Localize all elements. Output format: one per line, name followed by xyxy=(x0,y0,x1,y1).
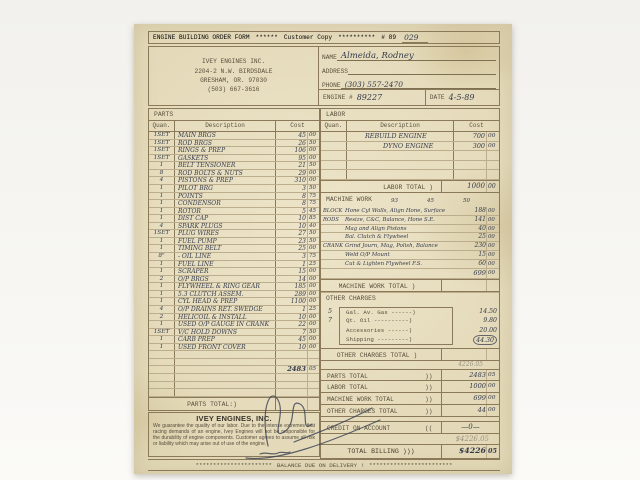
date-handwritten: 4-5-89 xyxy=(449,93,475,102)
parts-row-description xyxy=(175,374,275,381)
credit-value-handwritten: —0— xyxy=(441,422,499,433)
grand-total-label: LABOR TOTAL xyxy=(321,381,425,392)
parts-row-cost: 26 50 xyxy=(275,140,319,147)
grand-total-row: LABOR TOTAL )) 1000 00 xyxy=(321,381,499,393)
labor-row-quan xyxy=(321,132,347,141)
parts-row-quan xyxy=(149,359,175,366)
parts-row xyxy=(149,389,319,397)
parts-row-description xyxy=(175,359,275,366)
charge-row-label: Qt. Oil ----------) xyxy=(339,316,453,326)
parts-row: 1SET V/C HOLD DOWNS 7 50 xyxy=(149,329,319,337)
parts-row-cost: 29 00 xyxy=(275,170,319,177)
machine-row-label xyxy=(321,233,345,241)
grand-total-label: OTHER CHARGES TOTAL xyxy=(321,405,425,416)
parts-row-cost xyxy=(275,389,319,396)
parts-row-cost: 15 00 xyxy=(275,268,319,275)
parts-row: 1 POINTS 8 75 xyxy=(149,193,319,201)
parts-row-quan xyxy=(149,382,175,389)
parts-row-quan: 1 xyxy=(149,162,175,169)
grand-total-value: 1000 00 xyxy=(441,381,499,392)
parts-row: 4 SPARK PLUGS 10 40 xyxy=(149,223,319,231)
parts-row-description: SCRAPER xyxy=(175,268,275,275)
parts-row-description: PLUG WIRES xyxy=(175,230,275,237)
parts-row: 1 SCRAPER 15 00 xyxy=(149,268,319,276)
parts-row: 2 HELICOIL & INSTALL 10 00 xyxy=(149,314,319,322)
grand-total-value: 2483 05 xyxy=(441,370,499,380)
parts-total-label: PARTS TOTAL:) xyxy=(149,398,275,410)
parts-row-cost: 8 75 xyxy=(275,193,319,200)
parts-row-description: 5.3 CLUTCH ASSEM. xyxy=(175,291,275,298)
parts-row-cost: 21 50 xyxy=(275,162,319,169)
parts-row-cost: 8 75 xyxy=(275,200,319,207)
parts-row-quan: 1 xyxy=(149,238,175,245)
parts-row-cost: 14 00 xyxy=(275,276,319,283)
parts-col-description: Description xyxy=(175,121,275,131)
stars-right: ********** xyxy=(338,34,375,41)
machine-row-label xyxy=(321,225,345,233)
other-charge-row: 5 Gal. Av. Gas ------) 14.50 xyxy=(321,307,499,317)
parts-row: 4 O/P DRAINS RET. SWEDGE 1 25 xyxy=(149,306,319,314)
other-charges-total-value xyxy=(441,349,499,360)
parts-row-cost: 7 50 xyxy=(275,329,319,336)
parts-row-description: ROD BOLTS & NUTS xyxy=(175,170,275,177)
parts-row-cost: 2483 05 xyxy=(275,366,319,373)
charge-row-label: Gal. Av. Gas ------) xyxy=(339,307,453,317)
order-form-paper: ENGINE BUILDING ORDER FORM ****** Custom… xyxy=(134,24,512,474)
machine-total-label: MACHINE WORK TOTAL ) xyxy=(321,280,441,291)
parts-row: 1 FLYWHEEL & RING GEAR 185 00 xyxy=(149,283,319,291)
other-charges-label: OTHER CHARGES xyxy=(321,292,499,304)
customer-phone-line: PHONE (303) 557-2470 xyxy=(319,75,499,89)
parts-row-quan xyxy=(149,366,175,373)
parts-row-description: DIST CAP xyxy=(175,215,275,222)
parts-row: 4 PISTONS & PREP 310 00 xyxy=(149,177,319,185)
labor-row-quan xyxy=(321,142,347,151)
parts-row-cost xyxy=(275,374,319,381)
parts-row-quan: 1SET xyxy=(149,147,175,154)
guarantee-text: We guarantee the quality of our labor. D… xyxy=(153,424,315,447)
other-charges-total-row: OTHER CHARGES TOTAL ) xyxy=(321,348,499,361)
grand-total-label: PARTS TOTAL xyxy=(321,370,425,380)
parts-row-quan: 1SET xyxy=(149,329,175,336)
parts-row-quan: 1SET xyxy=(149,132,175,139)
parts-row-description: FLYWHEEL & RING GEAR xyxy=(175,283,275,290)
parts-col-quan: Quan. xyxy=(149,121,175,131)
copy-label: Customer Copy xyxy=(284,34,332,41)
labor-row-cost: 700 00 xyxy=(453,132,499,141)
parts-row-cost: 10 00 xyxy=(275,314,319,321)
parts-row: 1 FUEL LINE 1 25 xyxy=(149,261,319,269)
engine-number-handwritten: 89227 xyxy=(357,93,382,102)
machine-total-row: MACHINE WORK TOTAL ) xyxy=(321,279,499,292)
parts-row-description xyxy=(175,366,275,373)
labor-header-row: Quan. Description Cost xyxy=(321,121,499,132)
pencil-subtotal-note: 4226.05 xyxy=(321,361,499,369)
parts-row-description: POINTS xyxy=(175,193,275,200)
parts-row-quan: 4 xyxy=(149,306,175,313)
parts-row: 1SET RINGS & PREP 106 00 xyxy=(149,147,319,155)
parts-row xyxy=(149,351,319,359)
stars-left: ****** xyxy=(256,34,278,41)
parts-row: 1 CYL HEAD & PREP 1100 00 xyxy=(149,298,319,306)
pencil-total-note: $4226.05 xyxy=(321,434,499,444)
labor-col-description: Description xyxy=(347,121,453,131)
parts-row-cost: 1 25 xyxy=(275,261,319,268)
parts-row-quan: 1 xyxy=(149,185,175,192)
date-label: DATE xyxy=(430,94,445,101)
parts-row-cost: 27 50 xyxy=(275,230,319,237)
parts-row: 1SET ROD BRGS 26 50 xyxy=(149,140,319,148)
parts-row-description: O/P DRAINS RET. SWEDGE xyxy=(175,306,275,313)
parts-row-quan: 4 xyxy=(149,223,175,230)
machine-work-label-row: MACHINE WORK 93 45 50 xyxy=(321,193,499,207)
parts-row-description: SPARK PLUGS xyxy=(175,223,275,230)
machine-row-description: Resize, C&C, Balance, Hone S.E. xyxy=(345,216,453,224)
strip-stars-right: ************************ xyxy=(369,462,453,469)
machine-annotation-3: 50 xyxy=(463,198,470,204)
machine-row-description: Mag and Align Pistons xyxy=(345,225,453,233)
charge-row-quantity: 5 xyxy=(321,307,339,317)
parts-row: 8" - OIL LINE 3 75 xyxy=(149,253,319,261)
machine-work-row: BLOCK Hone Cyl Walls, Align Hone, Surfac… xyxy=(321,207,499,216)
machine-row-cost: 25 00 xyxy=(453,233,499,241)
body-columns: PARTS Quan. Description Cost 1SET MAIN B… xyxy=(148,108,500,459)
charge-row-quantity xyxy=(321,326,339,336)
date-cell: DATE 4-5-89 xyxy=(425,90,499,105)
machine-row-label: BLOCK xyxy=(321,207,345,215)
machine-row-label: CRANK xyxy=(321,242,345,250)
engine-number-cell: ENGINE # 89227 xyxy=(319,90,425,105)
parts-row-cost: 23 50 xyxy=(275,238,319,245)
charge-row-label: Accessories ------) xyxy=(339,326,453,336)
parts-row-quan: 1 xyxy=(149,268,175,275)
parts-row-quan: 2 xyxy=(149,314,175,321)
engine-label: ENGINE # xyxy=(323,94,353,101)
parts-row-description: V/C HOLD DOWNS xyxy=(175,329,275,336)
parts-row-cost: 289 00 xyxy=(275,291,319,298)
labor-row-cost: 300 00 xyxy=(453,142,499,151)
labor-row-cost xyxy=(453,151,499,160)
company-address2: GRESHAM, OR. 97030 xyxy=(200,76,267,85)
machine-work-row: RODS Resize, C&C, Balance, Hone S.E. 141… xyxy=(321,216,499,225)
machine-row-description: Grind Journ, Mag, Polish, Balance xyxy=(345,242,453,250)
grand-total-value: 44 00 xyxy=(441,405,499,416)
parts-row-quan: 1 xyxy=(149,298,175,305)
machine-annotation-2: 45 xyxy=(427,198,434,204)
parts-row: 1SET GASKETS 95 00 xyxy=(149,155,319,163)
customer-name-handwritten: Almeida, Rodney xyxy=(341,52,414,61)
parts-row-cost: 95 00 xyxy=(275,155,319,162)
machine-work-row: Cut & Lighten Flywheel F.S. 60 00 xyxy=(321,260,499,269)
parts-row-description: O/P BRGS xyxy=(175,276,275,283)
parts-row-quan: 4 xyxy=(149,177,175,184)
parts-row-description: USED FRONT COVER xyxy=(175,344,275,351)
machine-work-label: MACHINE WORK xyxy=(326,196,372,203)
machine-row-description: Hone Cyl Walls, Align Hone, Surface xyxy=(345,207,453,215)
parts-row-description: ROTOR xyxy=(175,208,275,215)
phone-label: PHONE xyxy=(322,82,341,89)
labor-row xyxy=(321,161,499,171)
total-billing-value: $4226 05 xyxy=(441,445,499,458)
parts-row-quan: 1 xyxy=(149,193,175,200)
labor-col-cost: Cost xyxy=(453,121,499,131)
parts-row-description: PISTONS & PREP xyxy=(175,177,275,184)
parts-row-quan xyxy=(149,374,175,381)
customer-address-line: ADDRESS xyxy=(319,61,499,75)
machine-subtotal-row: 699 00 xyxy=(321,269,499,279)
labor-row-quan xyxy=(321,170,347,179)
labor-row-cost xyxy=(453,170,499,179)
labor-row-description xyxy=(347,170,453,179)
labor-row-description xyxy=(347,151,453,160)
parts-row: 1SET MAIN BRGS 45 00 xyxy=(149,132,319,140)
parts-row-description: PILOT BRG xyxy=(175,185,275,192)
strip-stars-left: ********************** xyxy=(195,462,272,469)
grand-total-value: 699 00 xyxy=(441,393,499,404)
charge-row-value: 14.50 xyxy=(453,307,499,317)
parts-row-cost: 1 25 xyxy=(275,306,319,313)
parts-row-quan: 1 xyxy=(149,291,175,298)
parts-row-cost: 5 45 xyxy=(275,208,319,215)
parts-row-description: TIMING BELT xyxy=(175,245,275,252)
parts-row-description: RINGS & PREP xyxy=(175,147,275,154)
customer-phone-handwritten: (303) 557-2470 xyxy=(345,81,404,89)
labor-row xyxy=(321,170,499,180)
parts-row-description xyxy=(175,389,275,396)
labor-row-description: REBUILD ENGINE xyxy=(347,132,453,141)
parts-row-description: GASKETS xyxy=(175,155,275,162)
form-title: ENGINE BUILDING ORDER FORM xyxy=(153,34,250,41)
machine-work-row: CRANK Grind Journ, Mag, Polish, Balance … xyxy=(321,242,499,251)
order-number-prefix: # 89 xyxy=(381,34,396,41)
parts-header-row: Quan. Description Cost xyxy=(149,121,319,132)
parts-row-cost: 10 40 xyxy=(275,223,319,230)
machine-row-cost: 230 00 xyxy=(453,242,499,250)
parts-row-description: - OIL LINE xyxy=(175,253,275,260)
grand-total-paren: )) xyxy=(425,405,441,416)
address-label: ADDRESS xyxy=(322,68,348,75)
grand-total-row: MACHINE WORK TOTAL )) 699 00 xyxy=(321,393,499,405)
order-number-handwritten: 029 xyxy=(402,33,428,43)
grand-total-paren: )) xyxy=(425,370,441,380)
balance-due-text: BALANCE DUE ON DELIVERY ! xyxy=(277,462,364,469)
grand-totals-rows: PARTS TOTAL )) 2483 05 LABOR TOTAL )) 10… xyxy=(321,369,499,417)
parts-row-cost: 45 00 xyxy=(275,336,319,343)
engine-date-row: ENGINE # 89227 DATE 4-5-89 xyxy=(319,89,499,105)
parts-row: 1 CONDENSOR 8 75 xyxy=(149,200,319,208)
parts-row-description: MAIN BRGS xyxy=(175,132,275,139)
parts-row-description: BELT TENSIONER xyxy=(175,162,275,169)
machine-row-label xyxy=(321,251,345,259)
machine-work-row: Bal. Clutch & Flywheel 25 00 xyxy=(321,233,499,242)
labor-total-value: 1000 00 xyxy=(441,181,499,192)
machine-row-label xyxy=(321,260,345,268)
parts-total-cost-cell xyxy=(275,398,319,410)
grand-total-label: MACHINE WORK TOTAL xyxy=(321,393,425,404)
parts-row-description: CONDENSOR xyxy=(175,200,275,207)
parts-row-cost: 10 85 xyxy=(275,215,319,222)
labor-section: LABOR Quan. Description Cost REBUILD ENG… xyxy=(320,108,500,459)
header-box: IVEY ENGINES INC. 2204-2 N.W. BIRDSDALE … xyxy=(148,46,500,106)
name-label: NAME xyxy=(322,54,337,61)
parts-row: 8 ROD BOLTS & NUTS 29 00 xyxy=(149,170,319,178)
credit-paren: (( xyxy=(425,422,441,433)
parts-row-description: HELICOIL & INSTALL xyxy=(175,314,275,321)
parts-row-quan: 1SET xyxy=(149,155,175,162)
machine-row-description: Cut & Lighten Flywheel F.S. xyxy=(345,260,453,268)
parts-row-quan: 1 xyxy=(149,200,175,207)
parts-row: 1 TIMING BELT 25 00 xyxy=(149,245,319,253)
labor-row-cost xyxy=(453,161,499,170)
parts-row-description: CARB PREP xyxy=(175,336,275,343)
machine-row-cost: 15 00 xyxy=(453,251,499,259)
guarantee-box: IVEY ENGINES, INC. We guarantee the qual… xyxy=(148,412,320,457)
parts-row-cost: 45 00 xyxy=(275,132,319,139)
other-charge-row: 7 Qt. Oil ----------) 9.80 xyxy=(321,316,499,326)
machine-work-row: Weld O/P Mount 15 00 xyxy=(321,251,499,260)
parts-row-description: USED O/P GAUGE IN CRANK xyxy=(175,321,275,328)
other-charges-total-label: OTHER CHARGES TOTAL ) xyxy=(321,349,441,360)
parts-rows: 1SET MAIN BRGS 45 00 1SET ROD BRGS 26 50… xyxy=(149,132,319,397)
labor-row: REBUILD ENGINE 700 00 xyxy=(321,132,499,142)
parts-row-quan: 1 xyxy=(149,336,175,343)
machine-row-cost: 141 00 xyxy=(453,216,499,224)
footer-company-name: IVEY ENGINES, INC. xyxy=(153,414,315,423)
parts-row-cost: 310 00 xyxy=(275,177,319,184)
machine-row-cost: 40 00 xyxy=(453,225,499,233)
parts-row-quan xyxy=(149,351,175,358)
machine-row-description: Bal. Clutch & Flywheel xyxy=(345,233,453,241)
parts-row-quan: 1 xyxy=(149,261,175,268)
title-bar: ENGINE BUILDING ORDER FORM ****** Custom… xyxy=(148,31,500,44)
parts-section-label: PARTS xyxy=(149,109,319,121)
company-block: IVEY ENGINES INC. 2204-2 N.W. BIRDSDALE … xyxy=(149,47,319,105)
parts-row-quan: 1SET xyxy=(149,140,175,147)
parts-row-description: FUEL PUMP xyxy=(175,238,275,245)
company-phone: (503) 667-3616 xyxy=(208,85,260,94)
charge-row-value: 20.00 xyxy=(453,326,499,336)
parts-total-row: PARTS TOTAL:) xyxy=(149,397,319,410)
parts-row-cost: 10 00 xyxy=(275,344,319,351)
machine-annotation-1: 93 xyxy=(391,198,398,204)
grand-total-row: OTHER CHARGES TOTAL )) 44 00 xyxy=(321,405,499,417)
parts-row-cost: 25 00 xyxy=(275,245,319,252)
parts-row xyxy=(149,374,319,382)
labor-row-description xyxy=(347,161,453,170)
charge-row-label: Shipping ---------) xyxy=(339,335,453,345)
parts-row: 1 CARB PREP 45 00 xyxy=(149,336,319,344)
parts-row-description xyxy=(175,351,275,358)
parts-row-quan: 1 xyxy=(149,344,175,351)
parts-row-quan: 8 xyxy=(149,170,175,177)
customer-block: NAME Almeida, Rodney ADDRESS PHONE (303)… xyxy=(319,47,499,105)
company-address1: 2204-2 N.W. BIRDSDALE xyxy=(195,67,273,76)
customer-name-line: NAME Almeida, Rodney xyxy=(319,47,499,61)
company-name: IVEY ENGINES INC. xyxy=(202,57,265,66)
charge-row-quantity xyxy=(321,335,339,345)
grand-total-row: PARTS TOTAL )) 2483 05 xyxy=(321,369,499,381)
parts-row: 1 DIST CAP 10 85 xyxy=(149,215,319,223)
parts-row-cost xyxy=(275,382,319,389)
charge-row-value: 9.80 xyxy=(453,316,499,326)
labor-row: DYNO ENGINE 300 00 xyxy=(321,142,499,152)
parts-row xyxy=(149,382,319,390)
parts-row: 1 PILOT BRG 3 50 xyxy=(149,185,319,193)
charge-row-quantity: 7 xyxy=(321,316,339,326)
parts-row: 1 5.3 CLUTCH ASSEM. 289 00 xyxy=(149,291,319,299)
parts-row-cost: 22 00 xyxy=(275,321,319,328)
parts-row-quan: 8" xyxy=(149,253,175,260)
machine-total-value xyxy=(441,280,499,291)
labor-section-label: LABOR xyxy=(321,109,499,121)
labor-col-quan: Quan. xyxy=(321,121,347,131)
grand-total-paren: )) xyxy=(425,393,441,404)
parts-row-quan: 1 xyxy=(149,283,175,290)
parts-row-description: ROD BRGS xyxy=(175,140,275,147)
parts-row-cost: 3 50 xyxy=(275,185,319,192)
parts-col-cost: Cost xyxy=(275,121,319,131)
parts-row-quan: 2 xyxy=(149,276,175,283)
machine-rows: BLOCK Hone Cyl Walls, Align Hone, Surfac… xyxy=(321,207,499,269)
parts-section: PARTS Quan. Description Cost 1SET MAIN B… xyxy=(148,108,320,411)
parts-row-quan: 1 xyxy=(149,215,175,222)
parts-row: 2 O/P BRGS 14 00 xyxy=(149,276,319,284)
machine-row-description: Weld O/P Mount xyxy=(345,251,453,259)
labor-row-description: DYNO ENGINE xyxy=(347,142,453,151)
labor-total-label: LABOR TOTAL ) xyxy=(321,181,441,192)
parts-row-quan: 1 xyxy=(149,245,175,252)
machine-row-label: RODS xyxy=(321,216,345,224)
grand-total-paren: )) xyxy=(425,381,441,392)
parts-row: 1 ROTOR 5 45 xyxy=(149,208,319,216)
parts-row-quan: 1SET xyxy=(149,230,175,237)
parts-row-cost: 1100 00 xyxy=(275,298,319,305)
labor-row-quan xyxy=(321,161,347,170)
labor-row xyxy=(321,151,499,161)
parts-row-cost: 3 75 xyxy=(275,253,319,260)
charge-row-value: 44.30 xyxy=(453,335,499,345)
other-charge-row: Accessories ------) 20.00 xyxy=(321,326,499,336)
labor-row-quan xyxy=(321,151,347,160)
parts-row-cost: 106 00 xyxy=(275,147,319,154)
parts-row-description xyxy=(175,382,275,389)
parts-row-cost xyxy=(275,351,319,358)
labor-total-row: LABOR TOTAL ) 1000 00 xyxy=(321,180,499,193)
parts-row-quan xyxy=(149,389,175,396)
total-billing-label: TOTAL BILLING ))) xyxy=(321,445,441,458)
machine-work-row: Mag and Align Pistons 40 00 xyxy=(321,225,499,234)
parts-row-description: CYL HEAD & PREP xyxy=(175,298,275,305)
machine-row-cost: 60 00 xyxy=(453,260,499,268)
parts-row-quan: 1 xyxy=(149,321,175,328)
credit-label: CREDIT ON ACCOUNT xyxy=(321,422,425,433)
other-charge-row: Shipping ---------) 44.30 xyxy=(321,335,499,345)
parts-row: 1 BELT TENSIONER 21 50 xyxy=(149,162,319,170)
labor-rows: REBUILD ENGINE 700 00 DYNO ENGINE 300 00 xyxy=(321,132,499,180)
parts-row: 1 USED FRONT COVER 10 00 xyxy=(149,344,319,352)
balance-due-strip: ********************** BALANCE DUE ON DE… xyxy=(148,459,500,471)
parts-row: 1 USED O/P GAUGE IN CRANK 22 00 xyxy=(149,321,319,329)
parts-row: 2483 05 xyxy=(149,366,319,374)
parts-row: 1SET PLUG WIRES 27 50 xyxy=(149,230,319,238)
parts-row-cost: 185 00 xyxy=(275,283,319,290)
machine-row-cost: 188 00 xyxy=(453,207,499,215)
parts-row-description: FUEL LINE xyxy=(175,261,275,268)
parts-row: 1 FUEL PUMP 23 50 xyxy=(149,238,319,246)
credit-on-account-row: CREDIT ON ACCOUNT (( —0— xyxy=(321,421,499,434)
total-billing-row: TOTAL BILLING ))) $4226 05 xyxy=(321,444,499,458)
parts-row-quan: 1 xyxy=(149,208,175,215)
